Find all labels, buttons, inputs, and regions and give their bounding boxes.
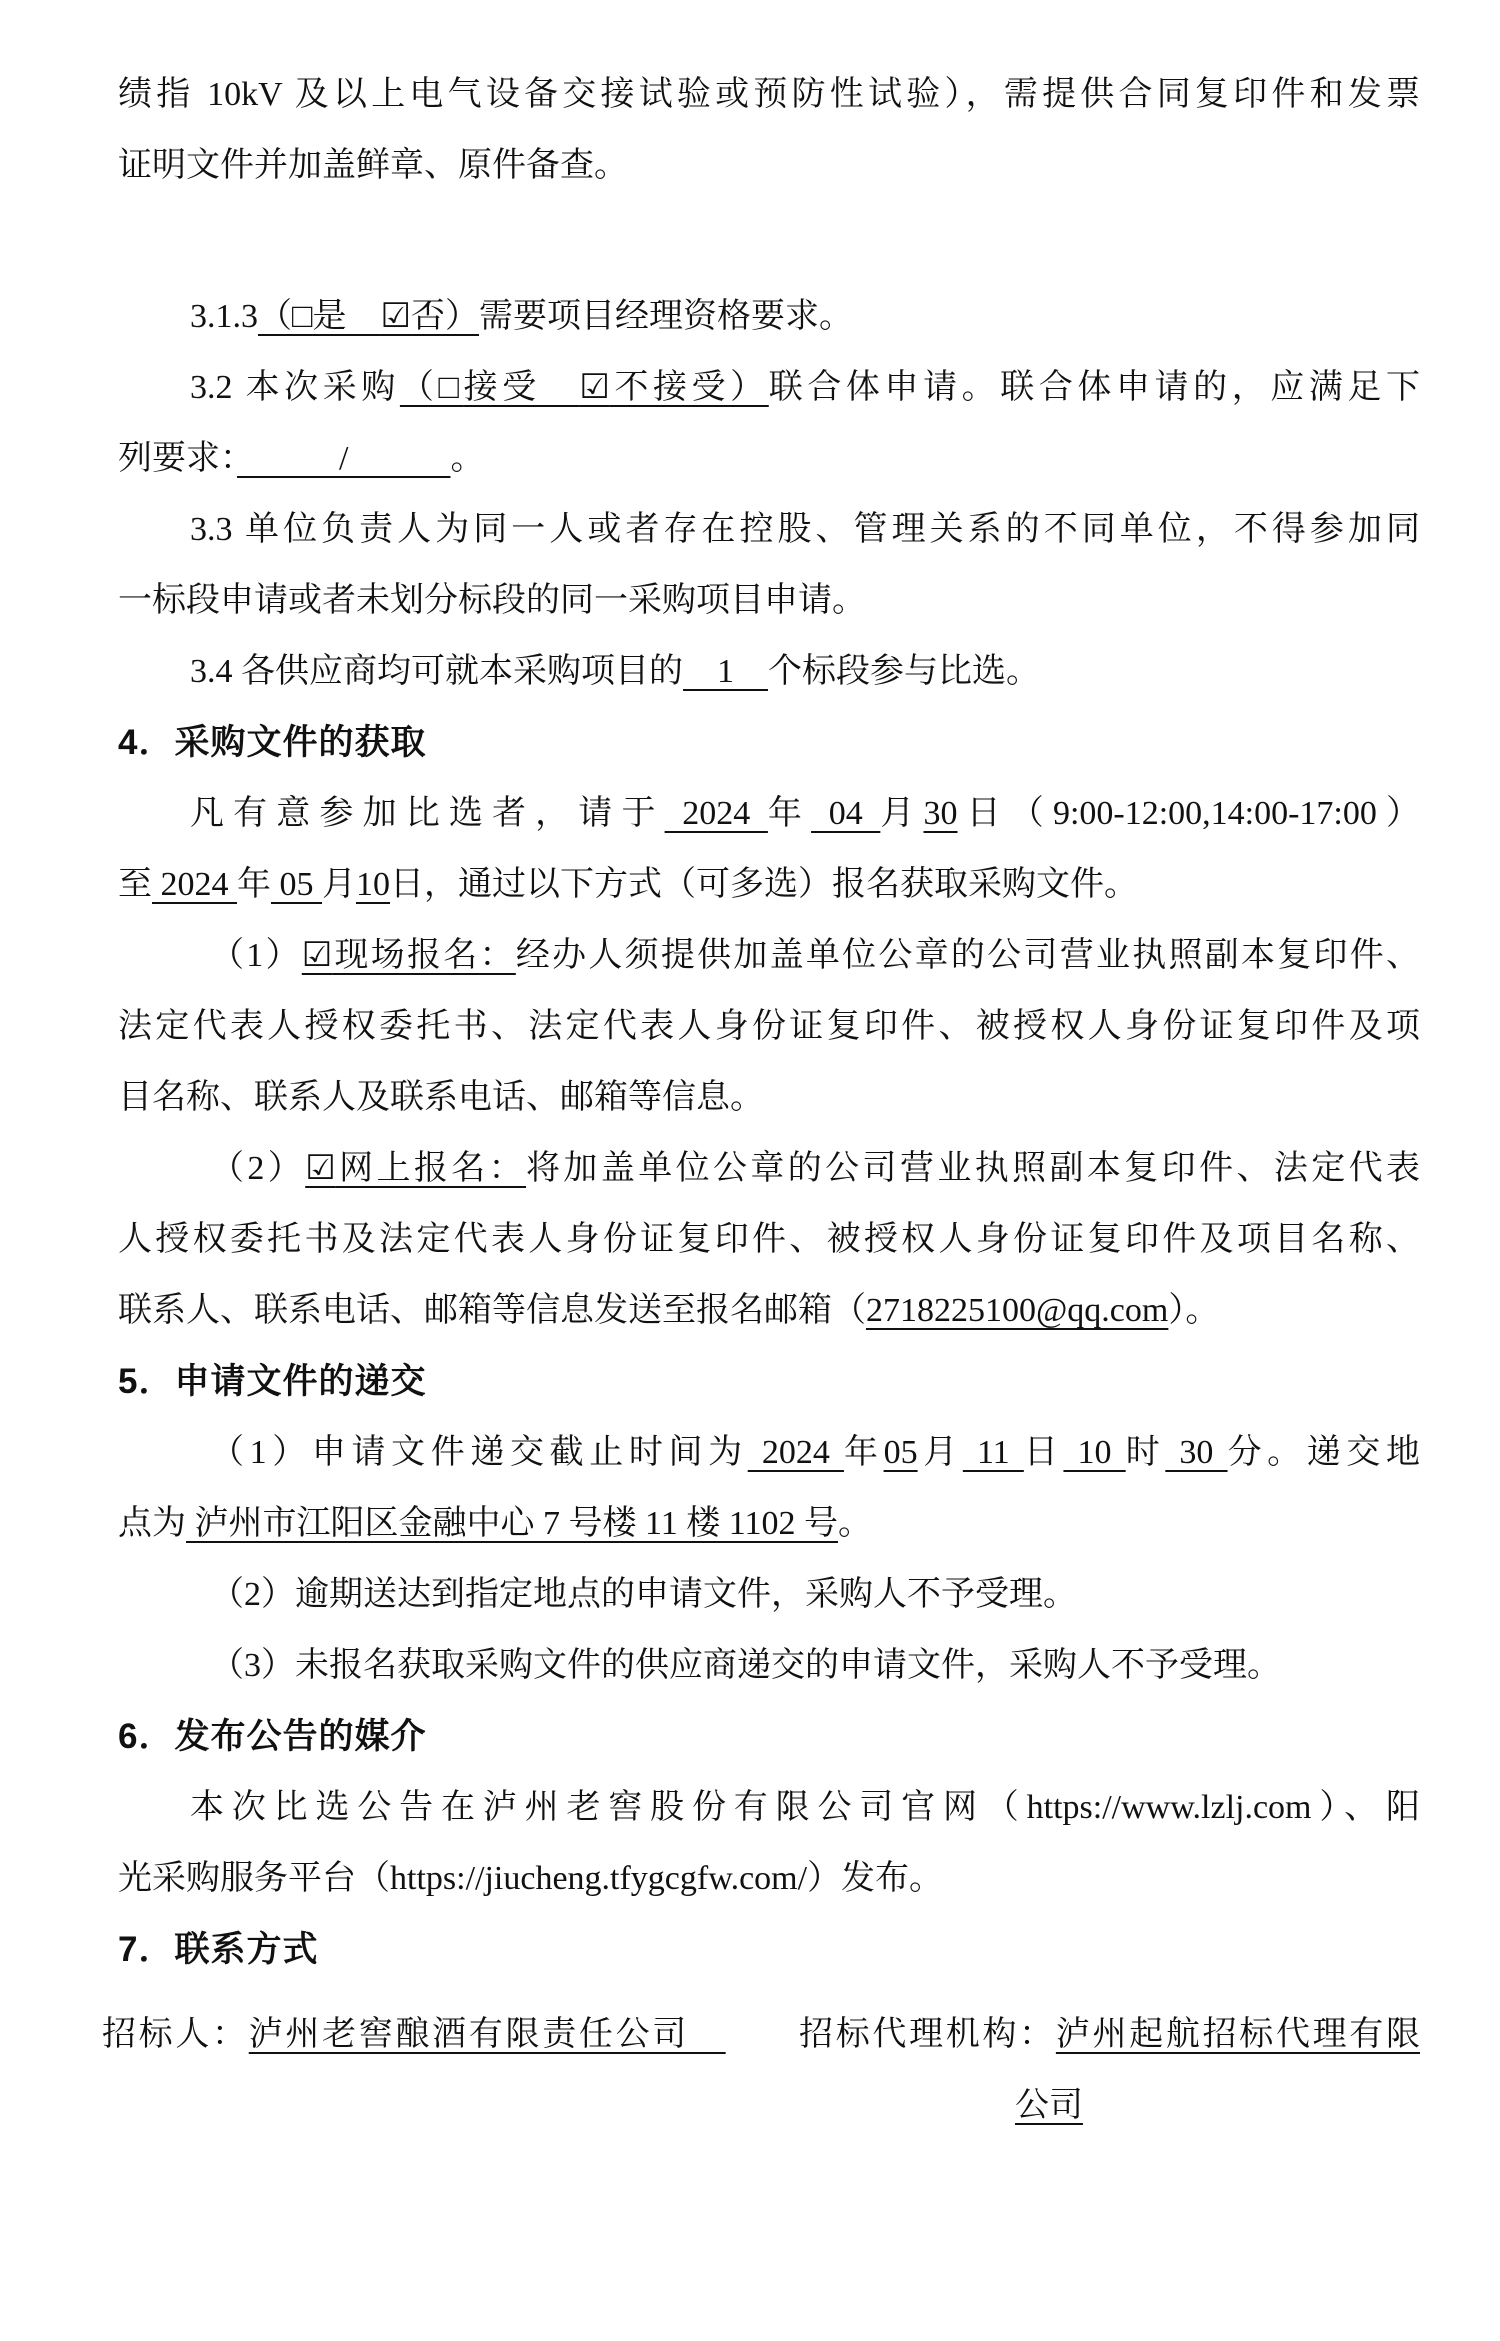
text-run: ）发布。	[807, 1860, 943, 1897]
doc-line-3-3: 3.3 单位负责人为同一人或者存在控股、管理关系的不同单位，不得参加同	[118, 494, 1420, 565]
text-run: 证明文件并加盖鲜章、原件备查。	[118, 147, 628, 184]
checkbox-unchecked-icon: □	[292, 298, 313, 335]
url-jiucheng: https://jiucheng.tfygcgfw.com/	[390, 1860, 807, 1897]
section-heading-6: 6．发布公告的媒介	[118, 1701, 1420, 1772]
text-run: 05	[271, 866, 322, 903]
text-run: 至	[118, 866, 152, 903]
text-run: 一标段申请或者未划分标段的同一采购项目申请。	[118, 582, 866, 619]
section-heading-7: 7．联系方式	[118, 1914, 1420, 1985]
text-run: 经办人须提供加盖单位公章的公司营业执照副本复印件、	[516, 937, 1420, 974]
doc-line-onsite-registration-end: 目名称、联系人及联系电话、邮箱等信息。	[118, 1062, 1420, 1133]
text-run: 年	[768, 795, 811, 832]
text-run: （1）申请文件递交截止时间为	[210, 1434, 748, 1471]
text-run: 将加盖单位公章的公司营业执照副本复印件、法定代表	[526, 1150, 1420, 1187]
doc-line-online-registration-end: 联系人、联系电话、邮箱等信息发送至报名邮箱（2718225100@qq.com）…	[118, 1275, 1420, 1346]
doc-line-3-4: 3.4 各供应商均可就本采购项目的 1 个标段参与比选。	[118, 636, 1420, 707]
text-run: 日，通过以下方式（可多选）报名获取采购文件。	[390, 866, 1138, 903]
doc-line-agency-continuation: 公司	[118, 2070, 1420, 2141]
doc-line-3-2-continuation: 列要求： / 。	[118, 423, 1420, 494]
text-run: 6．发布公告的媒介	[118, 1717, 426, 1756]
doc-line-media-end: 光采购服务平台（https://jiucheng.tfygcgfw.com/）发…	[118, 1843, 1420, 1914]
text-run: 4．采购文件的获取	[118, 723, 426, 762]
text-run: 列要求：	[118, 440, 237, 477]
text-run: 年	[237, 866, 271, 903]
checkbox-checked-icon: ☑	[381, 298, 411, 335]
text-run: 日（9:00-12:00,14:00-17:00）	[958, 795, 1421, 832]
text-run: 7．联系方式	[118, 1930, 318, 1969]
text-run: 。	[838, 1505, 872, 1542]
section-heading-5: 5．申请文件的递交	[118, 1346, 1420, 1417]
doc-line-qualification-end: 证明文件并加盖鲜章、原件备查。	[118, 130, 1420, 201]
text-run: 11	[963, 1434, 1024, 1471]
tenderer-name: 泸州老窖酿酒有限责任公司	[249, 2016, 726, 2053]
text-run: 年	[844, 1434, 884, 1471]
text-run: /	[237, 440, 450, 477]
email-address: 2718225100@qq.com	[866, 1292, 1168, 1329]
checkbox-checked-icon: ☑	[305, 1150, 335, 1187]
text-run: （	[400, 369, 439, 406]
text-run: 05	[884, 1434, 918, 1471]
text-run: 否）	[411, 298, 479, 335]
text-run	[726, 2016, 799, 2053]
doc-line-delivery-address: 点为 泸州市江阳区金融中心 7 号楼 11 楼 1102 号。	[118, 1488, 1420, 1559]
doc-line-late-delivery: （2）逾期送达到指定地点的申请文件，采购人不予受理。	[118, 1559, 1420, 1630]
text-run: 2024	[748, 1434, 844, 1471]
text-run: 招标人：	[102, 2016, 249, 2053]
text-run: 现场报名：	[332, 937, 516, 974]
text-run: ）、阳	[1312, 1789, 1421, 1826]
doc-line-online-registration-cont: 人授权委托书及法定代表人身份证复印件、被授权人身份证复印件及项目名称、	[118, 1204, 1420, 1275]
text-run: 30	[1165, 1434, 1227, 1471]
url-lzlj: https://www.lzlj.com	[1027, 1789, 1312, 1826]
text-run: 不接受）	[610, 369, 769, 406]
text-run: 3.3 单位负责人为同一人或者存在控股、管理关系的不同单位，不得参加同	[190, 511, 1420, 548]
text-run: 04	[811, 795, 880, 832]
text-run: 人授权委托书及法定代表人身份证复印件、被授权人身份证复印件及项目名称、	[118, 1221, 1420, 1258]
document-content: 绩指 10kV 及以上电气设备交接试验或预防性试验），需提供合同复印件和发票证明…	[118, 59, 1420, 2141]
checkbox-checked-icon: ☑	[579, 369, 609, 406]
doc-line-unregistered: （3）未报名获取采购文件的供应商递交的申请文件，采购人不予受理。	[118, 1630, 1420, 1701]
text-run: 月	[322, 866, 356, 903]
text-run: 3.4 各供应商均可就本采购项目的	[190, 653, 683, 690]
text-run: 分。递交地	[1228, 1434, 1420, 1471]
document-page: 绩指 10kV 及以上电气设备交接试验或预防性试验），需提供合同复印件和发票证明…	[0, 0, 1500, 2341]
text-run: 3.1.3	[190, 298, 258, 335]
doc-line-registration-period-end: 至 2024 年 05 月10日，通过以下方式（可多选）报名获取采购文件。	[118, 849, 1420, 920]
text-run: 2024	[152, 866, 237, 903]
doc-line-deadline: （1）申请文件递交截止时间为 2024 年05月 11 日 10 时 30 分。…	[118, 1417, 1420, 1488]
checkbox-checked-icon: ☑	[302, 937, 332, 974]
text-run: （2）	[210, 1150, 305, 1187]
agency-name-continuation: 公司	[1015, 2087, 1083, 2124]
section-heading-4: 4．采购文件的获取	[118, 707, 1420, 778]
doc-line-3-3-continuation: 一标段申请或者未划分标段的同一采购项目申请。	[118, 565, 1420, 636]
text-run: 日	[1024, 1434, 1064, 1471]
text-run: 10	[356, 866, 390, 903]
text-run: （2）逾期送达到指定地点的申请文件，采购人不予受理。	[210, 1576, 1077, 1613]
text-run: 月	[918, 1434, 963, 1471]
address: 泸州市江阳区金融中心 7 号楼 11 楼 1102 号	[186, 1505, 838, 1542]
text-run: （1）	[210, 937, 302, 974]
text-run: 目名称、联系人及联系电话、邮箱等信息。	[118, 1079, 764, 1116]
text-run: 1	[683, 653, 768, 690]
text-run: 点为	[118, 1505, 186, 1542]
text-run: 。	[450, 440, 484, 477]
doc-line-onsite-registration: （1）☑现场报名：经办人须提供加盖单位公章的公司营业执照副本复印件、	[118, 920, 1420, 991]
text-run: 网上报名：	[336, 1150, 526, 1187]
doc-line-contact: 招标人：泸州老窖酿酒有限责任公司 招标代理机构：泸州起航招标代理有限	[102, 1999, 1420, 2070]
doc-line-onsite-registration-cont: 法定代表人授权委托书、法定代表人身份证复印件、被授权人身份证复印件及项	[118, 991, 1420, 1062]
text-run: 本次比选公告在泸州老窖股份有限公司官网（	[190, 1789, 1027, 1826]
text-run: 法定代表人授权委托书、法定代表人身份证复印件、被授权人身份证复印件及项	[118, 1008, 1420, 1045]
doc-line-3-2: 3.2 本次采购（□接受 ☑不接受）联合体申请。联合体申请的，应满足下	[118, 352, 1420, 423]
text-run: 10	[1063, 1434, 1125, 1471]
text-run: 30	[924, 795, 958, 832]
doc-line-qualification-continuation: 绩指 10kV 及以上电气设备交接试验或预防性试验），需提供合同复印件和发票	[118, 59, 1420, 130]
text-run: 3.2 本次采购	[190, 369, 400, 406]
agency-name: 泸州起航招标代理有限	[1056, 2016, 1420, 2053]
text-run: 需要项目经理资格要求。	[479, 298, 853, 335]
text-run: 5．申请文件的递交	[118, 1362, 426, 1401]
text-run: 时	[1126, 1434, 1166, 1471]
text-run: 招标代理机构：	[799, 2016, 1056, 2053]
text-run: ）。	[1168, 1292, 1219, 1329]
text-run: 是	[313, 298, 381, 335]
text-run: 个标段参与比选。	[768, 653, 1040, 690]
text-run: 联系人、联系电话、邮箱等信息发送至报名邮箱（	[118, 1292, 866, 1329]
text-run: 绩指 10kV 及以上电气设备交接试验或预防性试验），需提供合同复印件和发票	[118, 76, 1420, 113]
text-run: 接受	[464, 369, 580, 406]
text-run: 联合体申请。联合体申请的，应满足下	[769, 369, 1420, 406]
doc-line-3-1-3: 3.1.3（□是 ☑否）需要项目经理资格要求。	[118, 281, 1420, 352]
doc-line-online-registration: （2）☑网上报名：将加盖单位公章的公司营业执照副本复印件、法定代表	[118, 1133, 1420, 1204]
text-run: （3）未报名获取采购文件的供应商递交的申请文件，采购人不予受理。	[210, 1647, 1281, 1684]
text-run: 光采购服务平台（	[118, 1860, 390, 1897]
text-run: 2024	[665, 795, 768, 832]
text-run: （	[258, 298, 292, 335]
doc-line-registration-period: 凡有意参加比选者，请于 2024 年 04 月30日（9:00-12:00,14…	[118, 778, 1420, 849]
checkbox-unchecked-icon: □	[439, 369, 464, 406]
doc-line-media: 本次比选公告在泸州老窖股份有限公司官网（https://www.lzlj.com…	[118, 1772, 1420, 1843]
text-run: 凡有意参加比选者，请于	[190, 795, 665, 832]
text-run: 月	[880, 795, 923, 832]
